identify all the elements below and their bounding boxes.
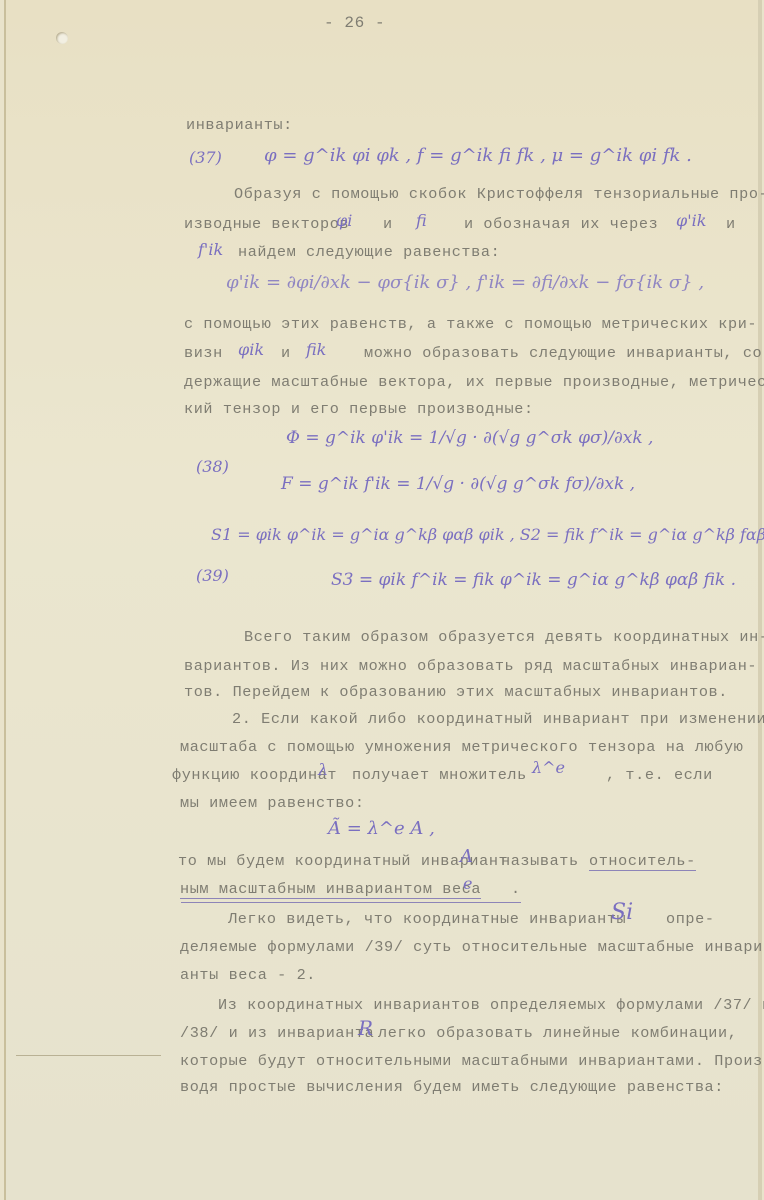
equation-38-phi: Φ = g^ik φ'ik = 1/√g · ∂(√g g^σk φσ)/∂xk…	[286, 428, 653, 448]
text-line: /38/ и из инварианта	[180, 1024, 374, 1042]
text-line: изводные векторов	[184, 215, 349, 233]
equation-label-38: (38)	[196, 457, 229, 476]
math-f-ik: f'ik	[198, 240, 223, 259]
pencil-mark	[16, 1055, 161, 1056]
text-line: и	[383, 215, 393, 233]
text-line: и обозначая их через	[464, 215, 658, 233]
equation-39-s1-s2: S1 = φik φ^ik = g^iα g^kβ φαβ φik , S2 =…	[211, 525, 764, 544]
math-A: A	[460, 846, 473, 867]
equation-scale: Ã = λ^e A ,	[328, 818, 435, 839]
text-line: мы имеем равенство:	[180, 794, 365, 812]
text-line: можно образовать следующие инварианты, с…	[364, 344, 764, 362]
text-line: деляемые формулами /39/ суть относительн…	[180, 938, 764, 956]
document-page: - 26 - инварианты: (37) φ = g^ik φi φk ,…	[4, 0, 762, 1200]
text-line: тов. Перейдем к образованию этих масштаб…	[184, 683, 728, 701]
equation-label-37: (37)	[189, 148, 222, 167]
page-number: - 26 -	[324, 14, 385, 32]
math-f-ik: fik	[306, 340, 326, 359]
underlined-term: относитель-	[589, 852, 696, 871]
math-S-i: Si	[611, 900, 633, 925]
text-line: получает множитель	[352, 766, 527, 784]
math-phi-ik: φik	[238, 340, 264, 359]
math-f-i: fi	[416, 211, 427, 230]
text-line: водя простые вычисления будем иметь след…	[180, 1078, 724, 1096]
text-line: легко образовать линейные комбинации,	[378, 1024, 737, 1042]
text-line: анты веса - 2.	[180, 966, 316, 984]
text-line: держащие масштабные вектора, их первые п…	[184, 373, 764, 391]
math-e: e	[463, 874, 472, 893]
punch-hole	[56, 32, 68, 44]
text-line: инварианты:	[186, 116, 293, 134]
math-R: R	[358, 1016, 373, 1040]
text-line: , т.е. если	[606, 766, 713, 784]
text-line: и	[281, 344, 291, 362]
text-line: визн	[184, 344, 223, 362]
underline	[181, 902, 521, 903]
text-line: опре-	[666, 910, 715, 928]
underlined-term: ным масштабным инвариантом веса	[180, 880, 481, 899]
text-line: и	[726, 215, 736, 233]
text-line: .	[511, 880, 521, 898]
text-line: вариантов. Из них можно образовать ряд м…	[184, 657, 757, 675]
math-lambda: λ	[318, 760, 328, 779]
text-line: Всего таким образом образуется девять ко…	[244, 628, 764, 646]
math-phi-ik: φ'ik	[676, 211, 706, 230]
text-line: функцию координат	[172, 766, 337, 784]
math-lambda-e: λ^e	[532, 758, 565, 777]
equation-label-39: (39)	[196, 566, 229, 585]
text-line: масштаба с помощью умножения метрическог…	[180, 738, 743, 756]
page-edge	[758, 0, 762, 1200]
text-line: кий тензор и его первые производные:	[184, 400, 534, 418]
text-line: Из координатных инвариантов определяемых…	[218, 996, 764, 1014]
text-line: называть	[501, 852, 579, 870]
text-line: которые будут относительными масштабными…	[180, 1052, 764, 1070]
text-line: найдем следующие равенства:	[238, 243, 500, 261]
text-line: с помощью этих равенств, а также с помощ…	[184, 315, 757, 333]
text-line: 2. Если какой либо координатный инвариан…	[232, 710, 764, 728]
equation-37: φ = g^ik φi φk , f = g^ik fi fk , μ = g^…	[264, 145, 692, 166]
equation-christoffel: φ'ik = ∂φi/∂xk − φσ{ik σ} , f'ik = ∂fi/∂…	[226, 272, 704, 293]
text-line: то мы будем координатный инвариант	[178, 852, 508, 870]
equation-38-f: F = g^ik f'ik = 1/√g · ∂(√g g^σk fσ)/∂xk…	[281, 474, 635, 494]
text-line: Легко видеть, что координатные инвариант…	[228, 910, 626, 928]
equation-39-s3: S3 = φik f^ik = fik φ^ik = g^iα g^kβ φαβ…	[331, 570, 736, 590]
math-phi-i: φi	[336, 211, 352, 230]
text-line: Образуя с помощью скобок Кристоффеля тен…	[234, 185, 764, 203]
